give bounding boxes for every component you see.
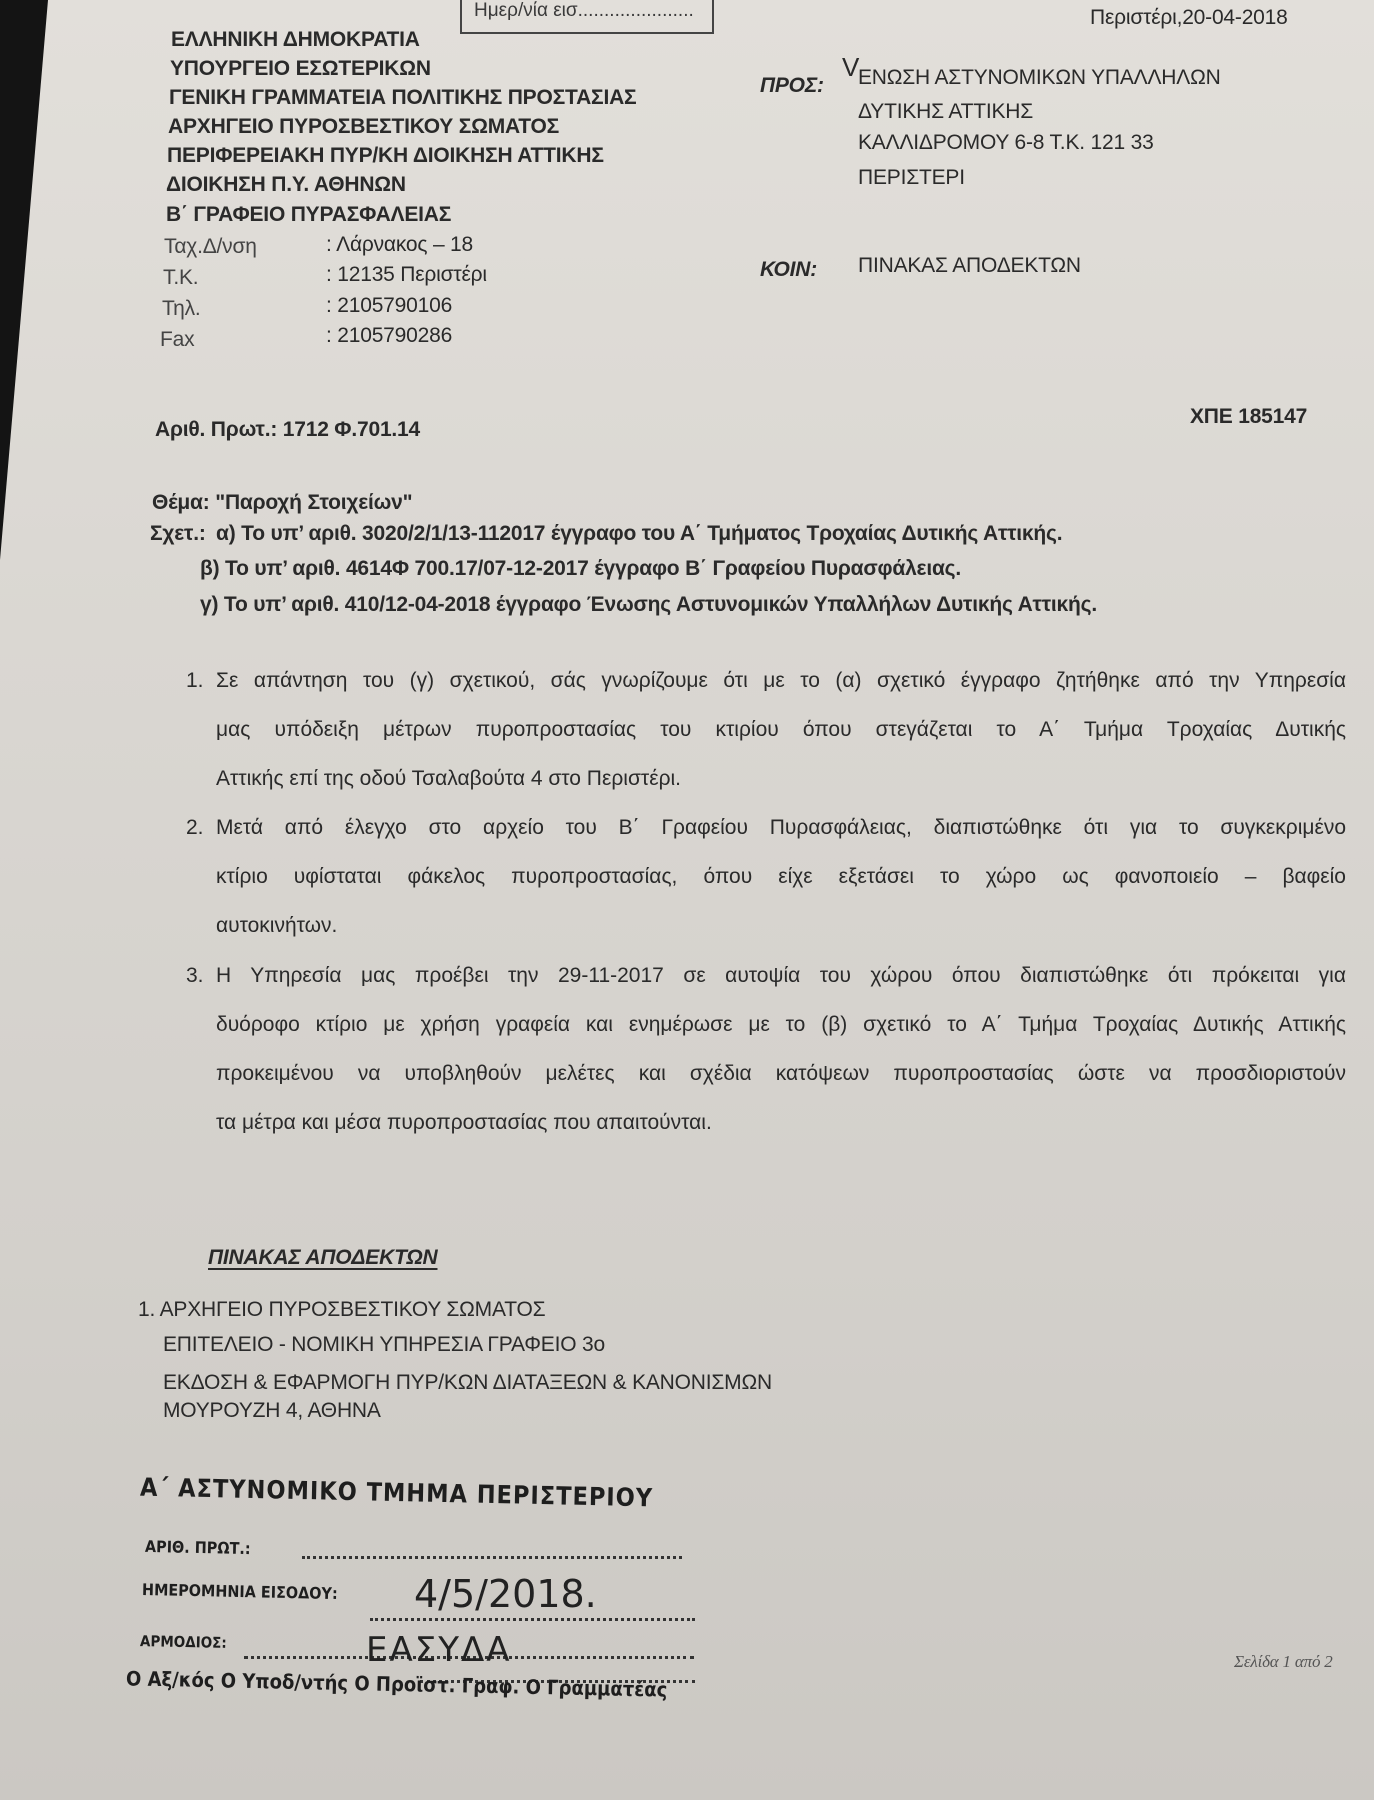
sender-line: ΓΕΝΙΚΗ ΓΡΑΜΜΑΤΕΙΑ ΠΟΛΙΤΙΚΗΣ ΠΡΟΣΤΑΣΙΑΣ: [169, 86, 636, 110]
contact-value: : Λάρνακος – 18: [326, 233, 473, 257]
paragraph-line: τα μέτρα και μέσα πυροπροστασίας που απα…: [216, 1098, 1346, 1147]
sender-line: ΥΠΟΥΡΓΕΙΟ ΕΣΩΤΕΡΙΚΩΝ: [170, 57, 431, 81]
cc-value: ΠΙΝΑΚΑΣ ΑΠΟΔΕΚΤΩΝ: [858, 254, 1081, 278]
related-item: γ) Το υπ’ αριθ. 410/12-04-2018 έγγραφο Έ…: [200, 593, 1097, 617]
recipient-line: ΠΕΡΙΣΤΕΡΙ: [858, 166, 965, 190]
paragraph-line: δυόροφο κτίριο με χρήση γραφεία και ενημ…: [216, 1000, 1346, 1049]
distribution-line: ΕΚΔΟΣΗ & ΕΦΑΡΜΟΓΗ ΠΥΡ/ΚΩΝ ΔΙΑΤΑΞΕΩΝ & ΚΑ…: [163, 1371, 772, 1395]
distribution-line: ΜΟΥΡΟΥΖΗ 4, ΑΘΗΝΑ: [163, 1399, 381, 1423]
paragraph-number: 2.: [186, 803, 204, 852]
sender-line: ΕΛΛΗΝΙΚΗ ΔΗΜΟΚΡΑΤΙΑ: [171, 28, 420, 52]
sender-line: Β΄ ΓΡΑΦΕΙΟ ΠΥΡΑΣΦΑΛΕΙΑΣ: [166, 203, 451, 227]
paragraph-line: αυτοκινήτων.: [216, 901, 1346, 950]
related-label: Σχετ.:: [150, 522, 206, 546]
contact-value: : 2105790286: [326, 324, 452, 348]
receipt-responsible-value: ΕΑΣΥΔΑ: [366, 1630, 512, 1670]
contact-label: Τηλ.: [162, 297, 201, 321]
contact-value: : 2105790106: [326, 294, 452, 318]
paragraph-number: 3.: [186, 951, 204, 1000]
sender-line: ΠΕΡΙΦΕΡΕΙΑΚΗ ΠΥΡ/ΚΗ ΔΙΟΙΚΗΣΗ ΑΤΤΙΚΗΣ: [167, 144, 604, 168]
contact-label: Τ.Κ.: [163, 266, 198, 290]
recipient-line: ΔΥΤΙΚΗΣ ΑΤΤΙΚΗΣ: [858, 100, 1033, 124]
reference-code: ΧΠΕ 185147: [1190, 405, 1307, 429]
check-mark: V: [842, 52, 859, 83]
incoming-date-label: Ημερ/νία εισ......................: [474, 0, 694, 22]
paragraph-number: 1.: [186, 656, 204, 705]
recipient-label: ΠΡΟΣ:: [760, 74, 824, 98]
sender-line: ΑΡΧΗΓΕΙΟ ΠΥΡΟΣΒΕΣΤΙΚΟΥ ΣΩΜΑΤΟΣ: [168, 115, 559, 139]
contact-label: Fax: [160, 328, 194, 352]
distribution-title: ΠΙΝΑΚΑΣ ΑΠΟΔΕΚΤΩΝ: [208, 1246, 437, 1270]
distribution-line: ΕΠΙΤΕΛΕΙΟ - ΝΟΜΙΚΗ ΥΠΗΡΕΣΙΑ ΓΡΑΦΕΙΟ 3ο: [163, 1333, 605, 1357]
cc-label: ΚΟΙΝ:: [760, 258, 817, 282]
document-date: Περιστέρι,20-04-2018: [1090, 6, 1288, 30]
paragraph-line: προκειμένου να υποβληθούν μελέτες και σχ…: [216, 1049, 1346, 1098]
receipt-protocol-label: ΑΡΙΘ. ΠΡΩΤ.:: [145, 1537, 251, 1558]
related-item: α) Το υπ’ αριθ. 3020/2/1/13-112017 έγγρα…: [216, 522, 1062, 546]
paragraph-line: κτίριο υφίσταται φάκελος πυροπροστασίας,…: [216, 852, 1346, 901]
distribution-line: 1. ΑΡΧΗΓΕΙΟ ΠΥΡΟΣΒΕΣΤΙΚΟΥ ΣΩΜΑΤΟΣ: [138, 1298, 545, 1322]
receipt-responsible-label: ΑΡΜΟΔΙΟΣ:: [140, 1632, 227, 1652]
page-footer: Σελίδα 1 από 2: [1234, 1652, 1333, 1672]
paragraph-line: Αττικής επί της οδού Τσαλαβούτα 4 στο Πε…: [216, 754, 1346, 803]
incoming-date-stamp: Ημερ/νία εισ......................: [460, 0, 714, 34]
related-item: β) Το υπ’ αριθ. 4614Φ 700.17/07-12-2017 …: [200, 557, 961, 581]
contact-label: Ταχ.Δ/νση: [164, 235, 257, 259]
protocol-number: Αριθ. Πρωτ.: 1712 Φ.701.14: [155, 418, 420, 442]
paragraph-1: 1. Σε απάντηση του (γ) σχετικού, σάς γνω…: [216, 656, 1346, 803]
receipt-date-label: ΗΜΕΡΟΜΗΝΙΑ ΕΙΣΟΔΟΥ:: [142, 1580, 338, 1603]
paragraph-line: Σε απάντηση του (γ) σχετικού, σάς γνωρίζ…: [216, 656, 1346, 705]
paragraph-3: 3. Η Υπηρεσία μας προέβει την 29-11-2017…: [216, 951, 1346, 1147]
subject: Θέμα: "Παροχή Στοιχείων": [152, 491, 412, 515]
recipient-line: ΚΑΛΛΙΔΡΟΜΟΥ 6-8 Τ.Κ. 121 33: [858, 131, 1154, 155]
recipient-line: ΕΝΩΣΗ ΑΣΤΥΝΟΜΙΚΩΝ ΥΠΑΛΛΗΛΩΝ: [858, 66, 1221, 90]
paragraph-line: μας υπόδειξη μέτρων πυροπροστασίας του κ…: [216, 705, 1346, 754]
contact-value: : 12135 Περιστέρι: [326, 263, 487, 287]
sender-line: ΔΙΟΙΚΗΣΗ Π.Υ. ΑΘΗΝΩΝ: [166, 173, 406, 197]
paragraph-line: Η Υπηρεσία μας προέβει την 29-11-2017 σε…: [216, 951, 1346, 1000]
paragraph-2: 2. Μετά από έλεγχο στο αρχείο του Β΄ Γρα…: [216, 803, 1346, 950]
receipt-date-value: 4/5/2018.: [414, 1572, 597, 1616]
paragraph-line: Μετά από έλεγχο στο αρχείο του Β΄ Γραφεί…: [216, 803, 1346, 852]
